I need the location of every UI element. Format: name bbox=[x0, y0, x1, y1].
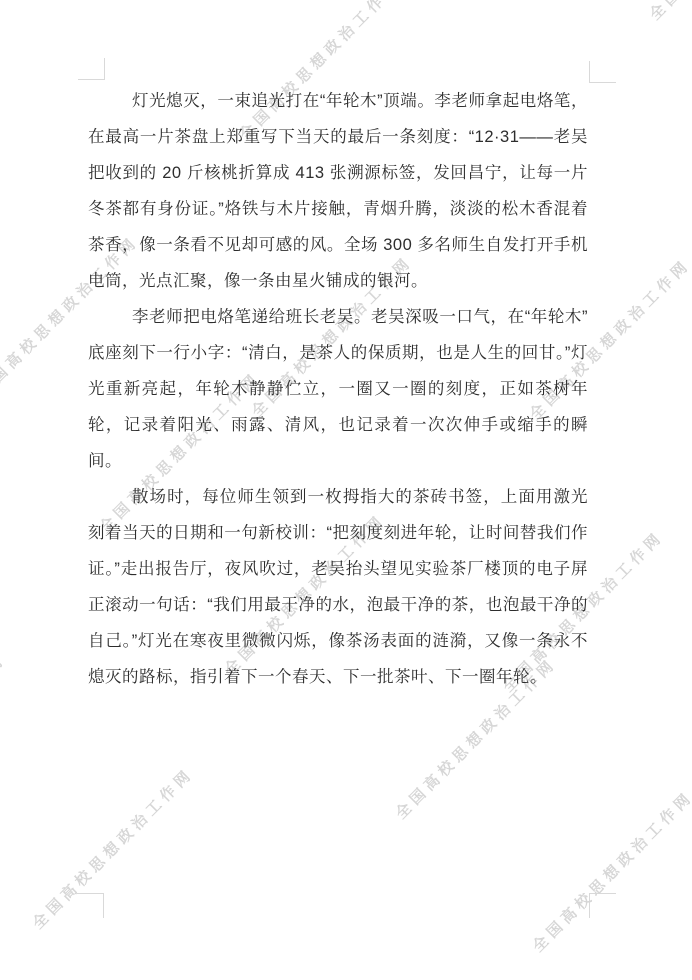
paragraph: 李老师把电烙笔递给班长老吴。老吴深吸一口气，在“年轮木”底座刻下一行小字：“清白… bbox=[88, 299, 588, 479]
paragraph: 散场时，每位师生领到一枚拇指大的茶砖书签，上面用激光刻着当天的日期和一句新校训：… bbox=[88, 479, 588, 695]
document-page: 全国高校思想政治工作网全国高校思想政治工作网全国高校思想政治工作网全国高校思想政… bbox=[0, 0, 692, 980]
crop-mark-top-right bbox=[589, 61, 616, 83]
crop-mark-top-left bbox=[78, 58, 105, 80]
watermark-text: 全国高校思想政治工作网 bbox=[646, 0, 692, 25]
watermark-text: 全国高校思想政治工作网 bbox=[29, 764, 199, 934]
watermark-text: 全国高校思想政治工作网 bbox=[529, 787, 692, 957]
document-text-block: 灯光熄灭，一束追光打在“年轮木”顶端。李老师拿起电烙笔，在最高一片茶盘上郑重写下… bbox=[88, 83, 588, 695]
crop-mark-bottom-right bbox=[589, 893, 616, 918]
crop-mark-bottom-left bbox=[77, 893, 104, 918]
watermark-text: 全国高校思想政治工作网 bbox=[0, 650, 11, 820]
paragraph: 灯光熄灭，一束追光打在“年轮木”顶端。李老师拿起电烙笔，在最高一片茶盘上郑重写下… bbox=[88, 83, 588, 299]
